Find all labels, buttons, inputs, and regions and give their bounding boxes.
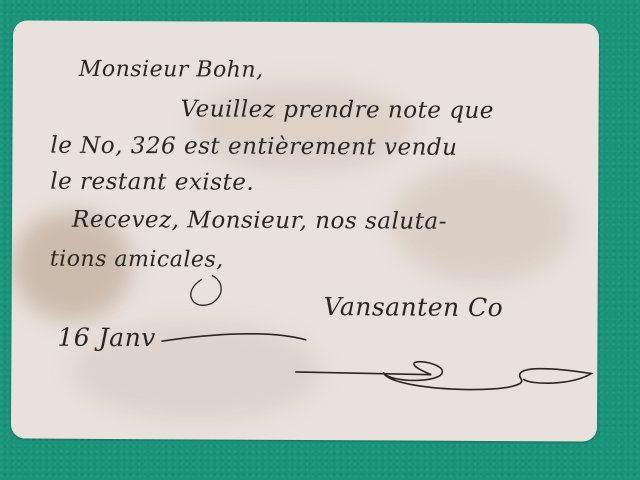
postcard: Monsieur Bohn, Veuillez prendre note que… [11, 20, 599, 441]
signature-flourish [11, 20, 599, 441]
